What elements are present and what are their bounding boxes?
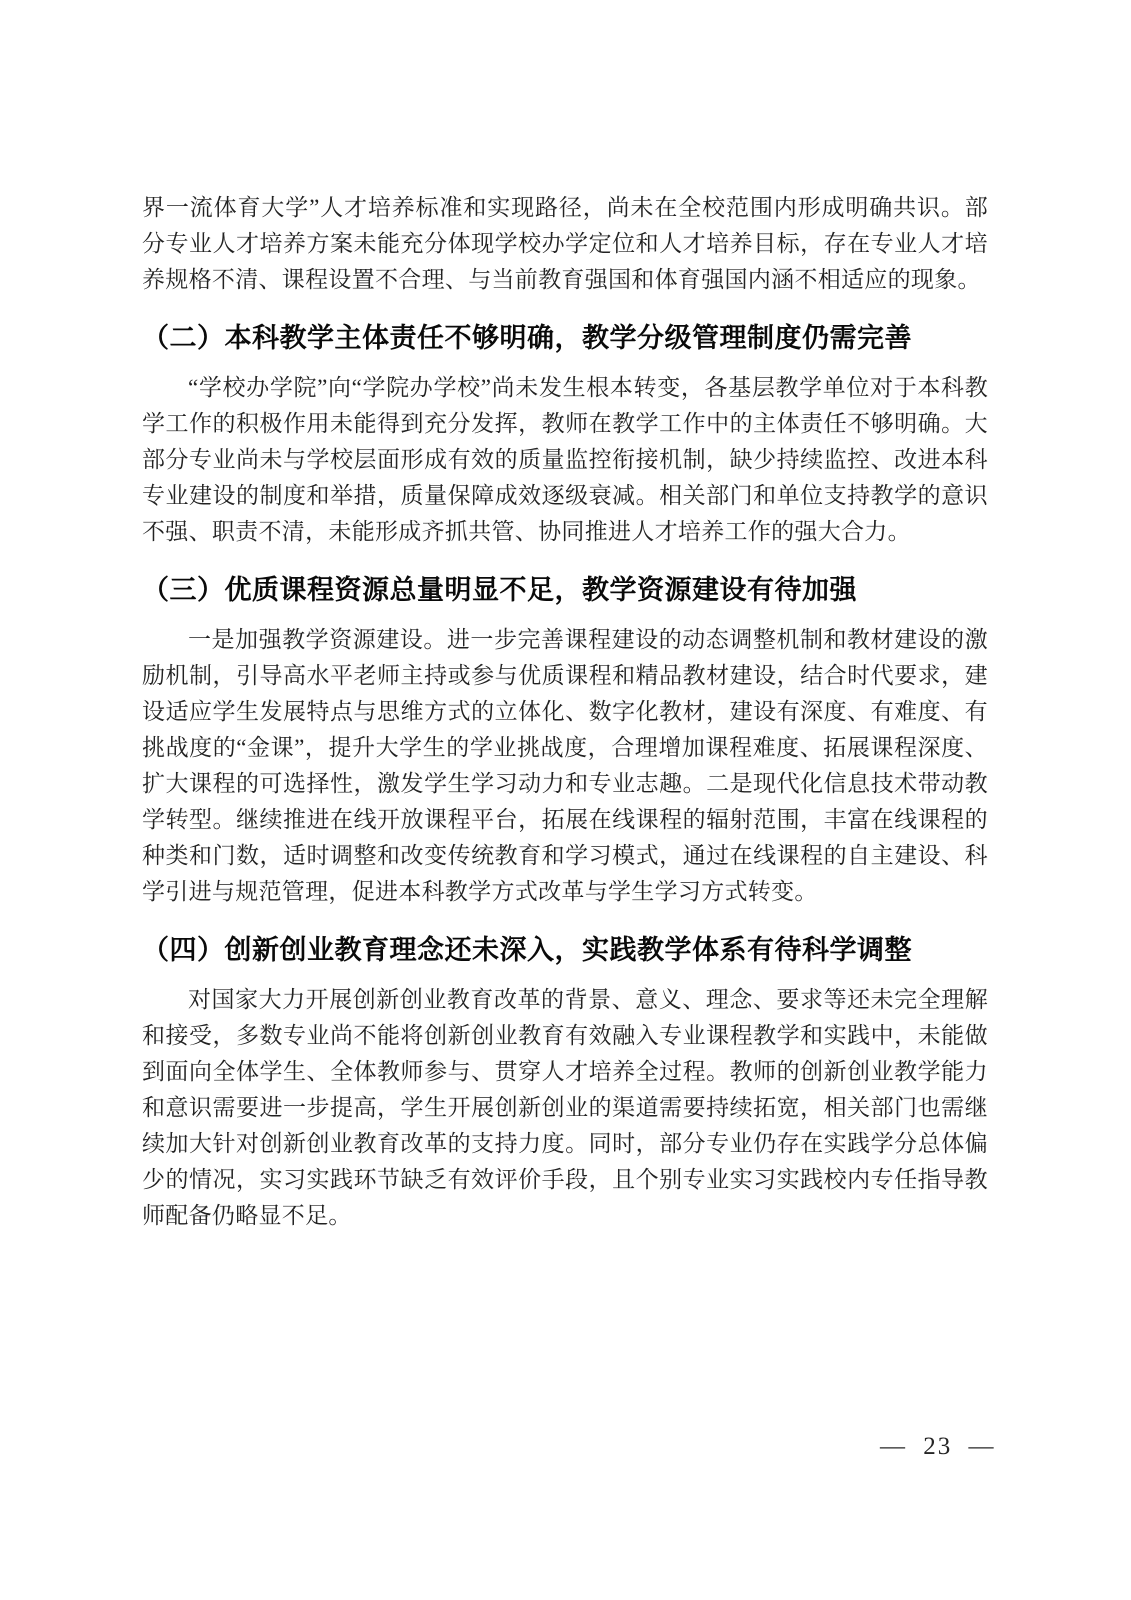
section-heading-4: （四）创新创业教育理念还未深入，实践教学体系有待科学调整 xyxy=(142,930,988,970)
section-paragraph-4: 对国家大力开展创新创业教育改革的背景、意义、理念、要求等还未完全理解和接受，多数… xyxy=(142,982,988,1234)
section-heading-2: （二）本科教学主体责任不够明确，教学分级管理制度仍需完善 xyxy=(142,318,988,358)
section-paragraph-3: 一是加强教学资源建设。进一步完善课程建设的动态调整机制和教材建设的激励机制，引导… xyxy=(142,622,988,910)
section-heading-3: （三）优质课程资源总量明显不足，教学资源建设有待加强 xyxy=(142,570,988,610)
section-paragraph-2: “学校办学院”向“学院办学校”尚未发生根本转变，各基层教学单位对于本科教学工作的… xyxy=(142,370,988,550)
page-number: — 23 — xyxy=(880,1433,996,1461)
document-content: 界一流体育大学”人才培养标准和实现路径，尚未在全校范围内形成明确共识。部分专业人… xyxy=(142,190,988,1234)
continuation-paragraph: 界一流体育大学”人才培养标准和实现路径，尚未在全校范围内形成明确共识。部分专业人… xyxy=(142,190,988,298)
document-page: 界一流体育大学”人才培养标准和实现路径，尚未在全校范围内形成明确共识。部分专业人… xyxy=(0,0,1131,1600)
